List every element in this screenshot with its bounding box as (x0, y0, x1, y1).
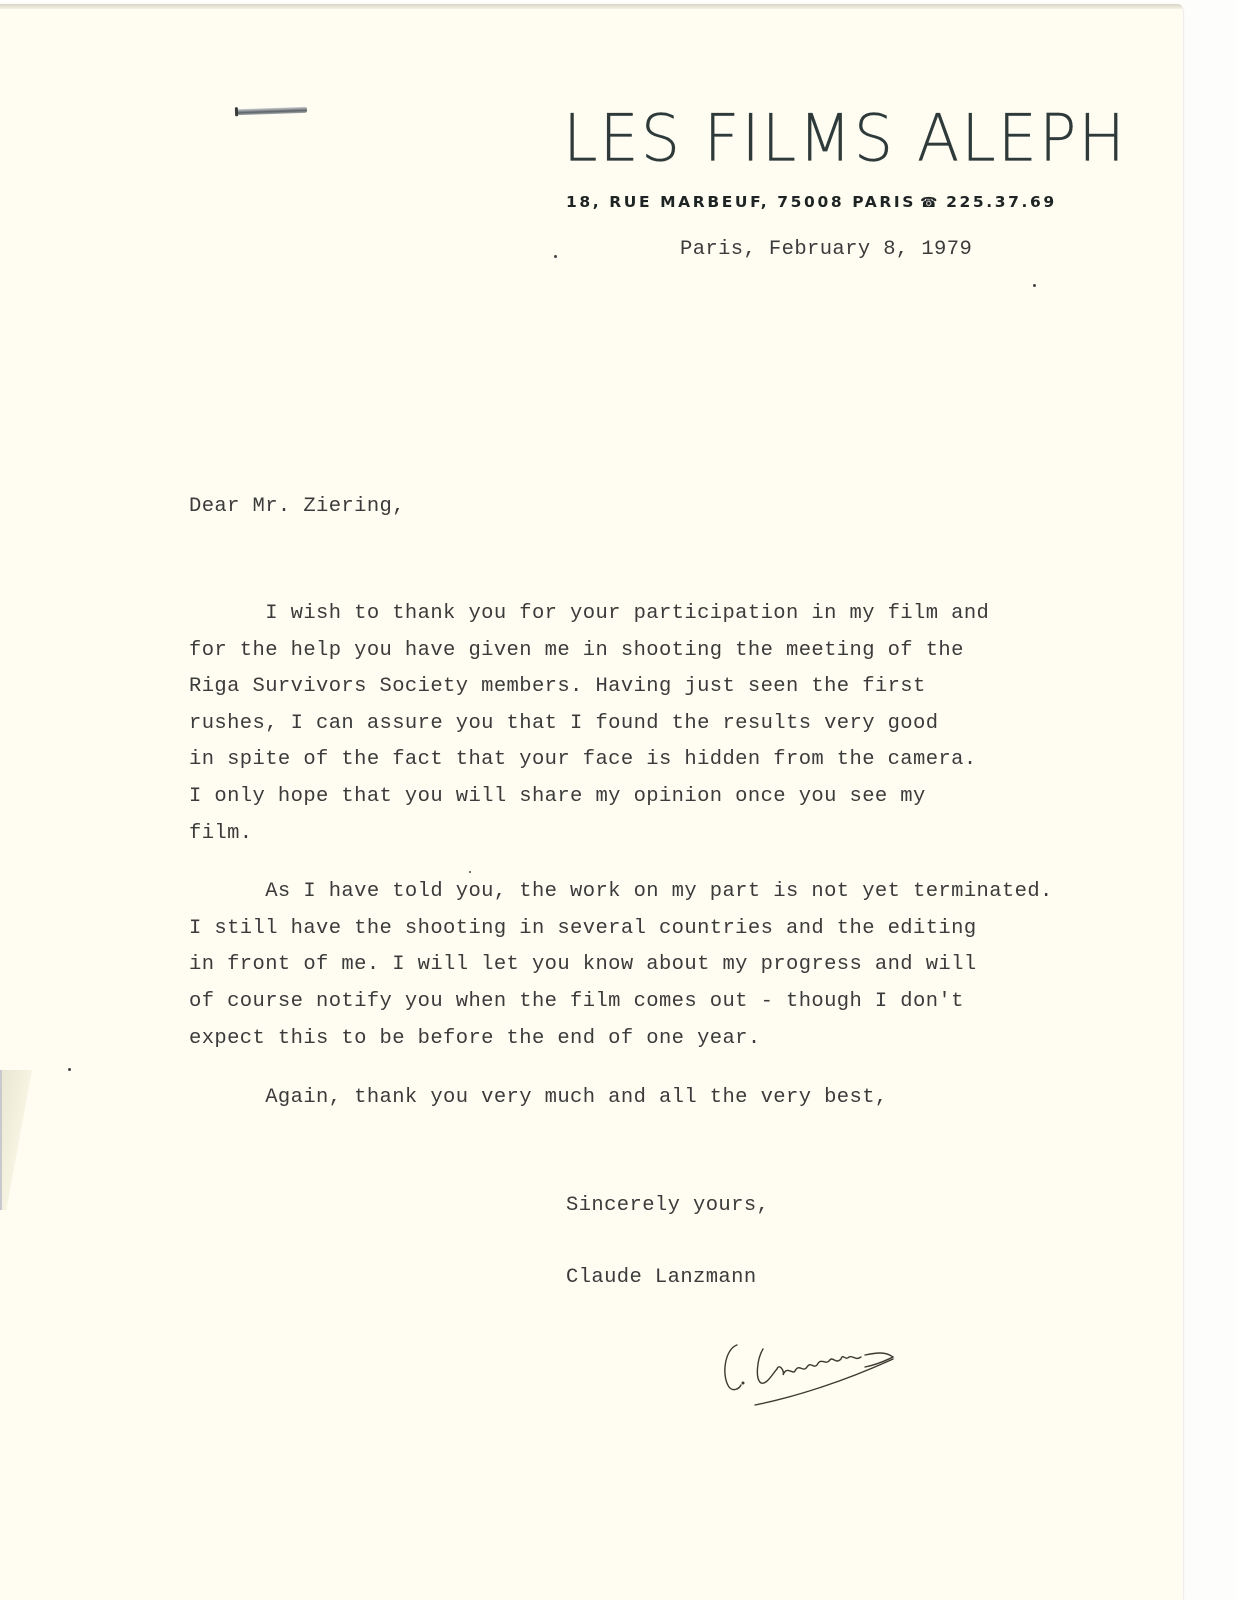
paper-edge (0, 4, 1183, 9)
address-text: 18, RUE MARBEUF, 75008 PARIS (566, 193, 916, 211)
body-line: in spite of the fact that your face is h… (189, 750, 977, 771)
body-line: I wish to thank you for your participati… (189, 604, 989, 625)
letterhead-address-line: 18, RUE MARBEUF, 75008 PARIS☎225.37.69 (566, 193, 1057, 211)
body-line: rushes, I can assure you that I found th… (189, 714, 938, 735)
letter-date: Paris, February 8, 1979 (680, 240, 972, 261)
body-line: I still have the shooting in several cou… (189, 919, 977, 940)
body-line: Riga Survivors Society members. Having j… (189, 677, 926, 698)
phone-number: 225.37.69 (946, 193, 1057, 211)
body-line: of course notify you when the film comes… (189, 992, 964, 1013)
letterhead-company-name: LES FILMS ALEPH (563, 106, 1127, 171)
body-line: Again, thank you very much and all the v… (189, 1088, 888, 1109)
paper-speck (469, 871, 471, 873)
closing: Sincerely yours, (566, 1196, 769, 1217)
body-line: As I have told you, the work on my part … (189, 882, 1053, 903)
telephone-icon: ☎ (920, 195, 940, 211)
salutation: Dear Mr. Ziering, (189, 497, 405, 518)
paper-speck (1033, 284, 1036, 287)
paper-speck (68, 1068, 71, 1071)
paper-speck (554, 255, 557, 258)
typed-signatory-name: Claude Lanzmann (566, 1268, 757, 1289)
body-line: I only hope that you will share my opini… (189, 787, 926, 808)
body-line: film. (189, 824, 253, 845)
signature-icon (715, 1335, 915, 1415)
body-line: for the help you have given me in shooti… (189, 641, 964, 662)
body-line: in front of me. I will let you know abou… (189, 955, 977, 976)
body-line: expect this to be before the end of one … (189, 1029, 761, 1050)
